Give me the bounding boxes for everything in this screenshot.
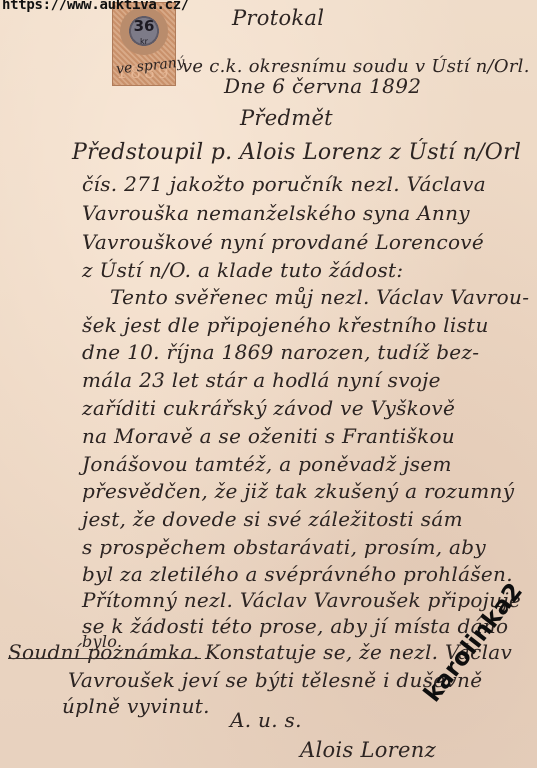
body-line: s prospěchem obstarávati, prosím, aby xyxy=(82,535,486,559)
body-line: čís. 271 jakožto poručník nezl. Václava xyxy=(82,172,486,196)
body-line: Tento svěřenec můj nezl. Václav Vavrou- xyxy=(110,285,529,309)
court-note-underline xyxy=(8,658,201,659)
body-line: Přítomný nezl. Václav Vavroušek připojuj… xyxy=(82,588,521,612)
body-line: šek jest dle připojeného křestního listu xyxy=(82,313,489,337)
body-line: zaříditi cukrářský závod ve Vyškově xyxy=(82,396,455,420)
stamp-emblem-icon: 36 kr xyxy=(120,7,168,55)
body-line: na Moravě a se oženiti s Františkou xyxy=(82,424,455,448)
url-watermark: https://www.auktiva.cz/ xyxy=(2,0,189,13)
body-line: se k žádosti této prose, aby jí místa dá… xyxy=(82,614,508,638)
signature: Alois Lorenz xyxy=(300,738,436,762)
court-note-label: Soudní poznámka. xyxy=(8,640,199,664)
body-line: přesvědčen, že již tak zkušený a rozumný xyxy=(82,479,514,503)
stamp-value: 36 xyxy=(120,17,168,35)
body-line: Jonášovou tamtéž, a poněvadž jsem xyxy=(82,452,452,476)
body-line: Vavrouška nemanželského syna Anny xyxy=(82,201,470,225)
body-line: jest, že dovede si své záležitosti sám xyxy=(82,507,463,531)
body-line: mála 23 let stár a hodlá nyní svoje xyxy=(82,368,441,392)
document-title: Protokal xyxy=(232,6,324,30)
header-date-line: Dne 6 června 1892 xyxy=(224,74,421,98)
subject-heading: Předmět xyxy=(240,106,333,130)
body-line: Vavrouškové nyní provdané Lorencové xyxy=(82,230,484,254)
body-line: byl za zletilého a svéprávného prohlášen… xyxy=(82,562,513,586)
body-line: dne 10. října 1869 narozen, tudíž bez- xyxy=(82,340,479,364)
court-note-line: úplně vyvinut. xyxy=(62,694,210,718)
document-page: https://www.auktiva.cz/ 36 kr 1889 ve sp… xyxy=(0,0,537,768)
closing-abbreviation: A. u. s. xyxy=(230,708,302,732)
body-line: Předstoupil p. Alois Lorenz z Ústí n/Orl xyxy=(72,140,521,165)
stamp-unit: kr xyxy=(120,37,168,46)
body-line: z Ústí n/O. a klade tuto žádost: xyxy=(82,258,403,282)
